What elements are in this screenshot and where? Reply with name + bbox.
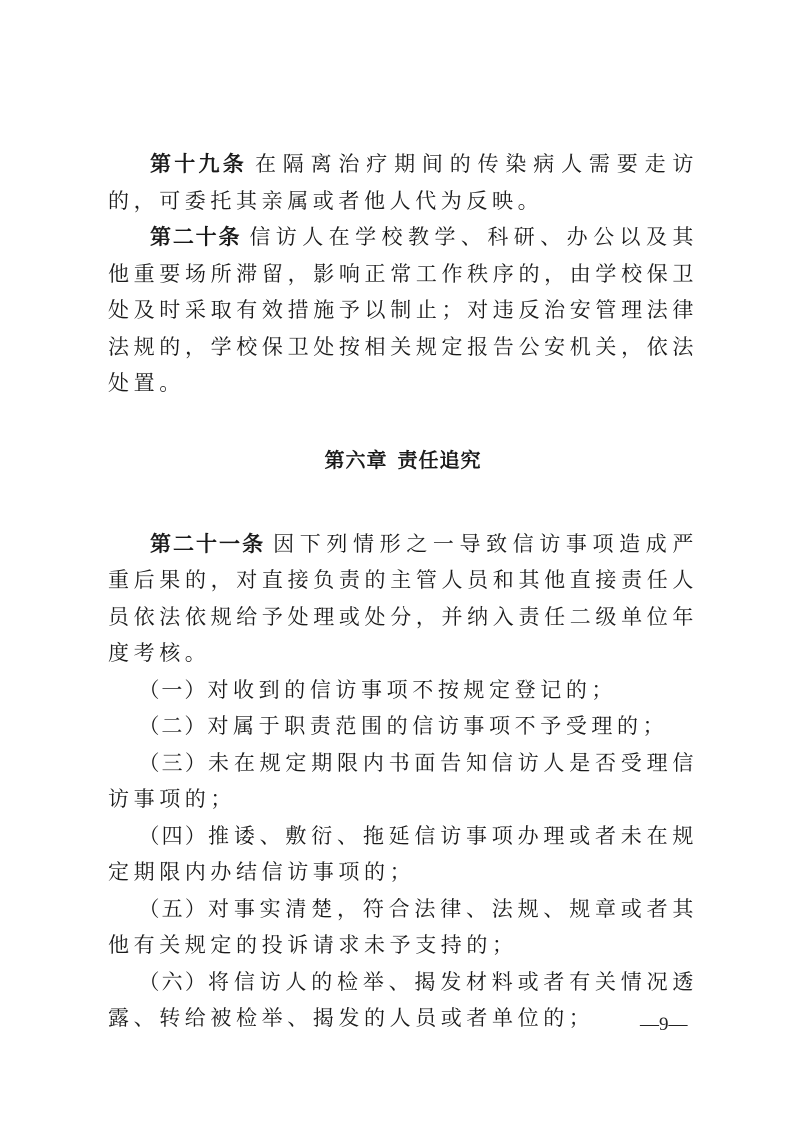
chapter-title: 责任追究 — [398, 448, 482, 472]
item-number: （二） — [138, 714, 207, 738]
item-number: （五） — [138, 897, 208, 921]
item-text: 对属于职责范围的信访事项不予受理的； — [207, 714, 668, 738]
chapter-number: 第六章 — [325, 448, 388, 472]
list-item: （五）对事实清楚，符合法律、法规、规章或者其他有关规定的投诉请求未予支持的； — [108, 891, 698, 964]
article-number: 第二十条 — [150, 225, 241, 249]
item-number: （一） — [138, 678, 207, 702]
article-text: 信访人在学校教学、科研、办公以及其他重要场所滞留，影响正常工作秩序的，由学校保卫… — [108, 225, 698, 395]
article-19: 第十九条在隔离治疗期间的传染病人需要走访的，可委托其亲属或者他人代为反映。 — [108, 146, 698, 219]
item-text: 对收到的信访事项不按规定登记的； — [207, 678, 617, 702]
article-number: 第二十一条 — [150, 532, 265, 556]
item-number: （六） — [138, 970, 208, 994]
document-page: 第十九条在隔离治疗期间的传染病人需要走访的，可委托其亲属或者他人代为反映。 第二… — [108, 146, 698, 1037]
chapter-heading: 第六章责任追究 — [108, 442, 698, 478]
item-number: （三） — [138, 751, 208, 775]
page-number: —9— — [640, 1014, 688, 1036]
list-item: （六）将信访人的检举、揭发材料或者有关情况透露、转给被检举、揭发的人员或者单位的… — [108, 964, 698, 1037]
article-21: 第二十一条因下列情形之一导致信访事项造成严重后果的，对直接负责的主管人员和其他直… — [108, 526, 698, 672]
article-number: 第十九条 — [150, 152, 247, 176]
list-item: （三）未在规定期限内书面告知信访人是否受理信访事项的； — [108, 745, 698, 818]
list-item: （一）对收到的信访事项不按规定登记的； — [108, 672, 698, 709]
article-20: 第二十条信访人在学校教学、科研、办公以及其他重要场所滞留，影响正常工作秩序的，由… — [108, 219, 698, 402]
list-item: （四）推诿、敷衍、拖延信访事项办理或者未在规定期限内办结信访事项的； — [108, 818, 698, 891]
list-item: （二）对属于职责范围的信访事项不予受理的； — [108, 708, 698, 745]
spacer — [108, 478, 698, 526]
item-number: （四） — [138, 824, 208, 848]
spacer — [108, 402, 698, 442]
